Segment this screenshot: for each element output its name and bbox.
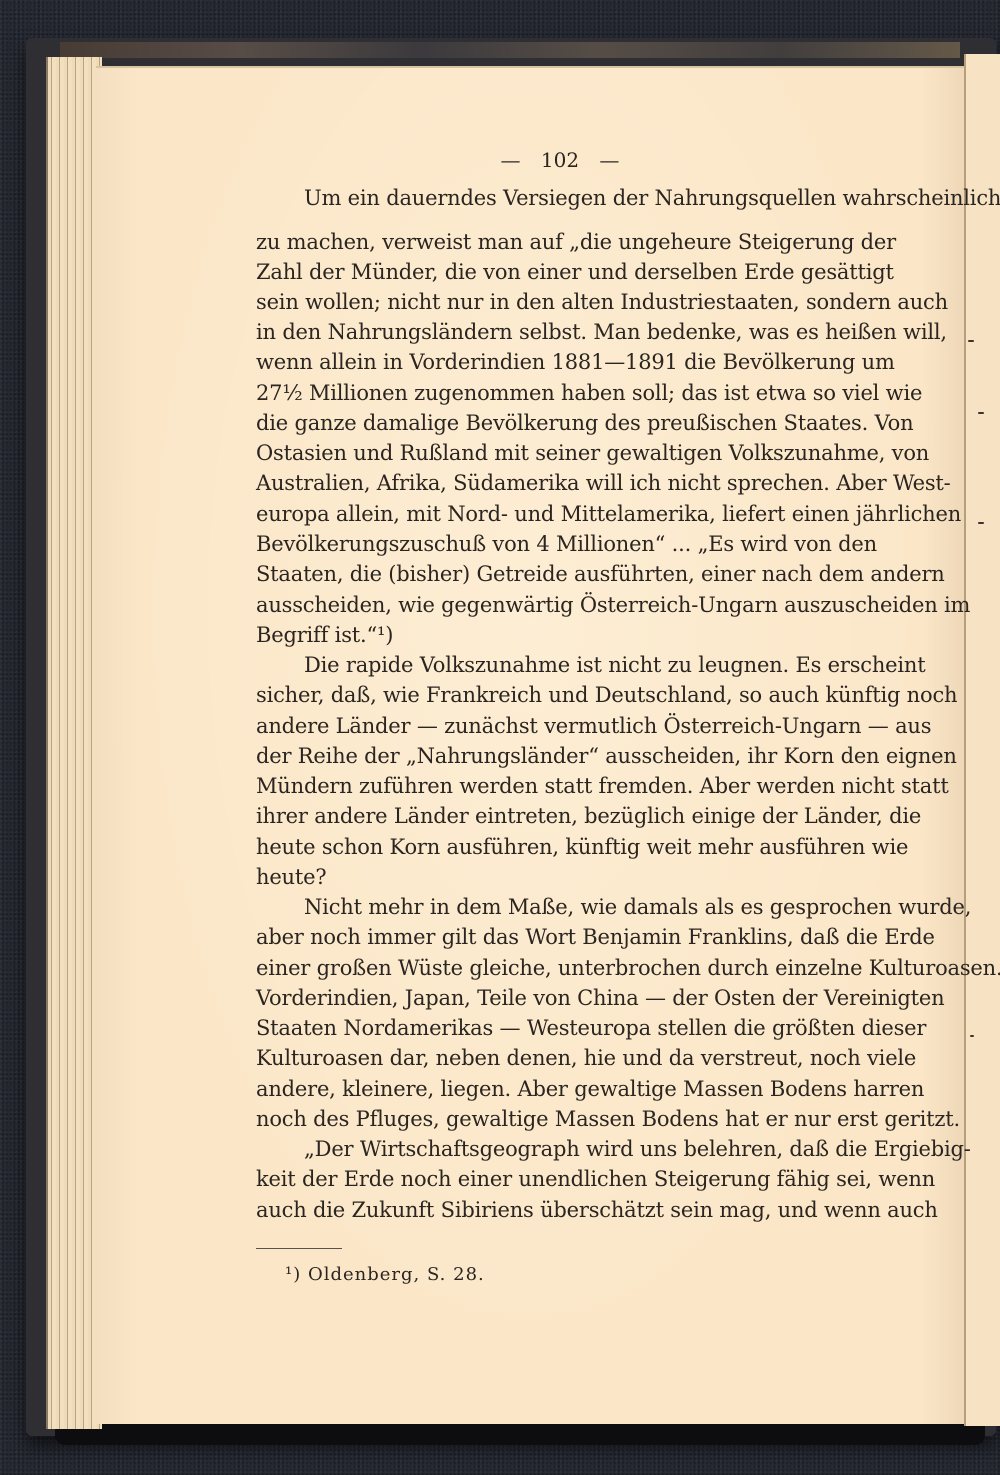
text-line: Nicht mehr in dem Maße, wie damals als e… <box>304 892 870 922</box>
text-line: die ganze damalige Bevölkerung des preuß… <box>256 408 870 438</box>
text-line: keit der Erde noch einer unendlichen Ste… <box>256 1164 870 1194</box>
text-line: Bevölkerungszuschuß von 4 Millionen“ ...… <box>256 529 870 559</box>
text-line: sein wollen; nicht nur in den alten Indu… <box>256 287 870 317</box>
text-line: Australien, Afrika, Südamerika will ich … <box>256 468 870 498</box>
ink-speck <box>978 522 984 524</box>
text-line: aber noch immer gilt das Wort Benjamin F… <box>256 922 870 952</box>
footnote-divider <box>256 1248 342 1249</box>
text-line: Kulturoasen dar, neben denen, hie und da… <box>256 1043 870 1073</box>
text-line: Um ein dauerndes Versiegen der Nahrungsq… <box>304 183 870 213</box>
text-line: zu machen, verweist man auf „die ungeheu… <box>256 227 870 257</box>
text-line: der Reihe der „Nahrungsländer“ ausscheid… <box>256 741 870 771</box>
text-line: sicher, daß, wie Frankreich und Deutschl… <box>256 680 870 710</box>
text-line: Zahl der Münder, die von einer und derse… <box>256 257 870 287</box>
text-line: heute schon Korn ausführen, künftig weit… <box>256 832 870 862</box>
text-line: in den Nahrungsländern selbst. Man beden… <box>256 317 870 347</box>
text-line: einer großen Wüste gleiche, unterbrochen… <box>256 953 870 983</box>
text-line: Staaten, die (bisher) Getreide ausführte… <box>256 559 870 589</box>
text-line: Vorderindien, Japan, Teile von China — d… <box>256 983 870 1013</box>
ink-speck <box>978 412 984 414</box>
text-line: heute? <box>256 862 870 892</box>
page-stack-edges <box>46 57 102 1429</box>
text-line: Staaten Nordamerikas — Westeuropa stelle… <box>256 1013 870 1043</box>
text-line: Mündern zuführen werden statt fremden. A… <box>256 771 870 801</box>
text-line: „Der Wirtschaftsgeograph wird uns belehr… <box>304 1134 870 1164</box>
page-number: — 102 — <box>400 148 720 172</box>
text-line: europa allein, mit Nord- und Mittelameri… <box>256 499 870 529</box>
adjacent-page-edge <box>964 54 1000 1426</box>
text-line: Begriff ist.“¹) <box>256 620 870 650</box>
text-line: Die rapide Volkszunahme ist nicht zu leu… <box>304 650 870 680</box>
ink-speck <box>968 340 974 342</box>
ink-speck <box>970 1035 974 1037</box>
text-line: wenn allein in Vorderindien 1881—1891 di… <box>256 347 870 377</box>
text-line: 27½ Millionen zugenommen haben soll; das… <box>256 378 870 408</box>
text-line: andere, kleinere, liegen. Aber gewaltige… <box>256 1074 870 1104</box>
text-line: ausscheiden, wie gegenwärtig Österreich-… <box>256 590 870 620</box>
text-line: auch die Zukunft Sibiriens überschätzt s… <box>256 1195 870 1225</box>
text-line: andere Länder — zunächst vermutlich Öste… <box>256 711 870 741</box>
text-line: noch des Pfluges, gewaltige Massen Boden… <box>256 1104 870 1134</box>
text-line: ihrer andere Länder eintreten, bezüglich… <box>256 801 870 831</box>
text-line: Ostasien und Rußland mit seiner gewaltig… <box>256 438 870 468</box>
footnote: ¹) Oldenberg, S. 28. <box>285 1264 485 1285</box>
cover-worn-edge <box>60 42 960 58</box>
